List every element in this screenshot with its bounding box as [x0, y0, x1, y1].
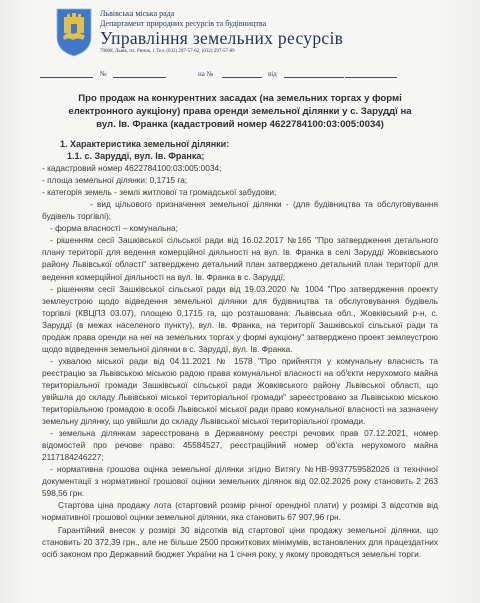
document-body: 1. Характеристика земельної ділянки: 1.1…: [42, 138, 438, 560]
number-label: №: [100, 70, 107, 78]
office-title: Управління земельних ресурсів: [100, 29, 343, 48]
section-heading: 1. Характеристика земельної ділянки:: [42, 138, 438, 150]
letterhead: Львівська міська рада Департамент природ…: [55, 7, 435, 63]
document-page: Львівська міська рада Департамент природ…: [0, 0, 480, 603]
date-label: від: [268, 70, 277, 78]
list-item: - рішенням сесії Зашківської сільської р…: [42, 283, 438, 355]
incoming-number-blank: [222, 77, 262, 78]
list-item: - рішенням сесії Зашківської сільської р…: [42, 234, 438, 282]
list-item: - площа земельної ділянки: 0,1715 га;: [42, 174, 438, 186]
org-name: Львівська міська рада: [100, 9, 343, 19]
subsection-heading: 1.1. с. Заруддї, вул. Ів. Франка;: [42, 150, 438, 162]
list-item: - форма власності – комунальна;: [42, 222, 438, 234]
reference-line: № на № від: [40, 66, 400, 80]
paragraph-starting-price: Стартова ціна продажу лота (стартовий ро…: [42, 499, 438, 523]
in-reply-label: на №: [198, 70, 213, 78]
list-item: - вид цільового призначення земельної ді…: [42, 198, 438, 222]
extra-blank: [345, 77, 397, 78]
incoming-date-blank: [284, 77, 344, 78]
document-title: Про продаж на конкурентних засадах (на з…: [60, 92, 420, 131]
paragraph-guarantee-deposit: Гарантійний внесок у розмірі 30 відсоткі…: [42, 524, 438, 560]
list-item: - кадастровий номер 4622784100:03:005:00…: [42, 162, 438, 174]
lviv-coat-of-arms-icon: [55, 7, 93, 57]
list-item: - категорія земель - землі житлової та г…: [42, 186, 438, 198]
list-item: - нормативна грошова оцінка земельної ді…: [42, 463, 438, 499]
outgoing-date-blank: [40, 77, 93, 78]
list-item: - земельна ділянкам зареєстрована в Держ…: [42, 427, 438, 463]
office-address: 79008, Львів, пл. Ринок, 1 Тел. (032) 29…: [100, 48, 343, 56]
outgoing-number-blank: [113, 77, 166, 78]
list-item: - ухвалою міської ради від 04.11.2021 № …: [42, 355, 438, 427]
